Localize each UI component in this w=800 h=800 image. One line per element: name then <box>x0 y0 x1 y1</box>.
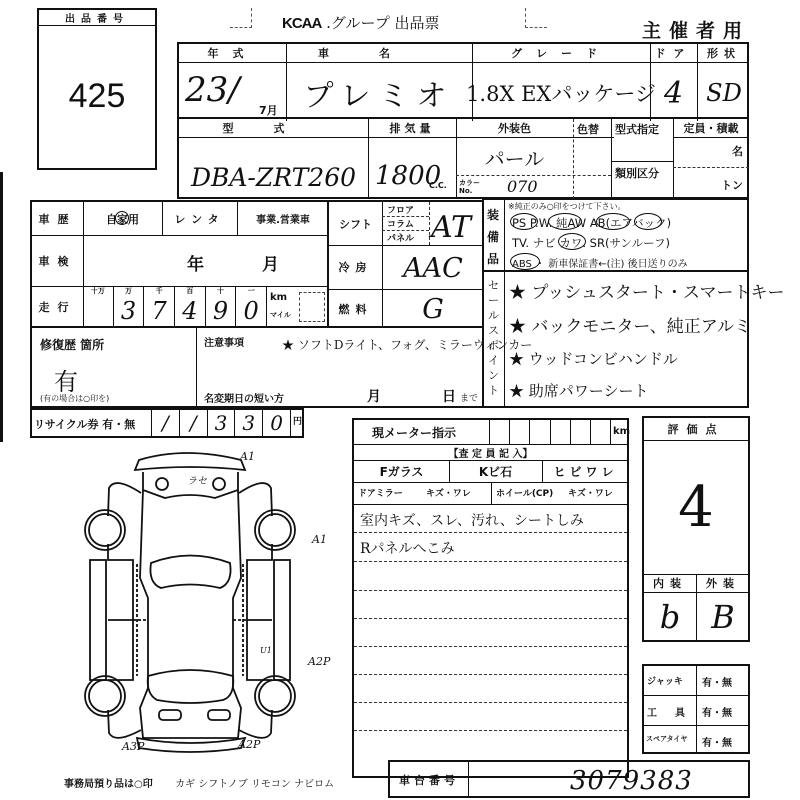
score-label: 評価点 <box>644 418 748 440</box>
chassis-label: 車台番号 <box>390 762 468 798</box>
repair-value: 有 <box>54 362 78 397</box>
equipment-circle-ab <box>634 213 662 230</box>
recycle-table: リサイクル券 有・無 / / 3 3 0 円 <box>30 408 304 438</box>
mark-right-rear-quarter: U1 <box>260 646 272 655</box>
repair-caution-table: 修復歴 箇所 有 (有の場合は○印を) 注意事項 ★ ソフトDライト、フォグ、ミ… <box>30 326 484 408</box>
recycle-digits: / / 3 3 0 <box>151 410 291 436</box>
exterior-value: B <box>696 594 750 640</box>
dashed-corner-right <box>525 8 547 28</box>
recycle-unit: 円 <box>293 414 302 427</box>
history-option-rental[interactable]: レンタ <box>162 202 237 235</box>
equipment-circle-ps <box>510 213 538 230</box>
fuel-value: G <box>382 290 484 328</box>
history-option-business[interactable]: 事業.営業車 <box>237 202 329 235</box>
equipment-circle-navi <box>558 233 586 250</box>
row1-table: 年式 23/ 7月 車名 プレミオ グレード 1.8X EXパッケージ ドア 4… <box>177 42 749 119</box>
color-no-value: 070 <box>507 177 538 196</box>
equipment-label: 装備品 <box>487 204 501 270</box>
repair-note: (有の場合は○印を) <box>40 393 109 404</box>
doors-label: ドア <box>650 44 697 62</box>
row2-table: 型式 DBA-ZRT260 排気量 1800 C.C. 外装色 パール 色替 カ… <box>177 117 749 199</box>
score-table: 評価点 4 内装 外装 b B <box>642 416 750 642</box>
footer-item-shift-knob: シフトノブ <box>198 779 247 790</box>
mileage-label: 走行 <box>32 286 83 328</box>
glass-option-chip[interactable]: Kビ石 <box>449 460 542 482</box>
footer-item-nav-rom: ナビロム <box>294 779 334 790</box>
glass-label: Fガラス <box>354 460 449 482</box>
mark-rear-right: A2P <box>238 738 260 751</box>
shift-label: シフト <box>329 202 382 245</box>
wheel-options[interactable]: キズ・ワレ <box>568 486 613 499</box>
displacement-label: 排気量 <box>368 119 456 137</box>
lot-number-value: 425 <box>39 26 155 166</box>
fuel-label: 燃料 <box>329 289 382 328</box>
color-change-label: 色替 <box>577 121 599 137</box>
mark-rear-left: A3P <box>122 740 144 753</box>
car-damage-diagram <box>75 448 345 758</box>
equipment-circle-pw <box>548 213 582 230</box>
shape-value: SD <box>697 68 751 118</box>
inspector-table: 現メーター指示 km 【査 定 員 記 入】 Fガラス Kビ石 ヒビワレ ドアミ… <box>352 418 629 778</box>
inspector-note-2: Rパネルへこみ <box>360 538 455 558</box>
dashed-corner-left <box>230 8 252 28</box>
footer-item-key: カギ <box>175 779 195 790</box>
recycle-label: リサイクル券 有・無 <box>34 416 135 432</box>
mileage-unit-box[interactable] <box>299 292 325 322</box>
color-label: 外装色 <box>456 119 573 137</box>
name-change-month: 月 <box>367 386 381 406</box>
inspection-year-unit: 年 <box>187 250 204 275</box>
capacity-label: 定員・積載 <box>673 119 749 137</box>
history-selected-circle <box>115 211 129 225</box>
sales-point-4: ★ 助席パワーシート <box>509 380 648 401</box>
meter-label: 現メーター指示 <box>372 424 456 441</box>
form-title: .グループ 出品票 <box>326 14 439 32</box>
interior-label: 内装 <box>644 574 696 592</box>
accessories-table: ジャッキ 有・無 工具 有・無 スペアタイヤ 有・無 <box>642 664 750 754</box>
sales-point-1: ★ プッシュスタート・スマートキー <box>509 278 785 303</box>
sales-point-2: ★ バックモニター、純正アルミ <box>509 312 751 337</box>
mileage-unit-km: km <box>270 292 287 303</box>
caution-value: ★ ソフトDライト、フォグ、ミラーウィンカー <box>282 336 532 353</box>
car-name-value: プレミオ <box>286 68 472 118</box>
mirror-label: ドアミラー <box>358 486 403 499</box>
caution-label: 注意事項 <box>204 334 244 349</box>
inspector-note-1: 室内キズ、スレ、汚れ、シートしみ <box>360 510 584 530</box>
color-value: パール <box>456 141 573 173</box>
shift-option-floor[interactable]: フロア <box>387 203 414 216</box>
displacement-unit: C.C. <box>429 181 447 190</box>
name-change-label: 名変期日の短い方 <box>204 390 284 405</box>
office-note: 事務局預り品は○印 <box>64 779 153 790</box>
sales-point-3: ★ ウッドコンビハンドル <box>509 348 678 369</box>
interior-value: b <box>644 594 696 640</box>
equipment-note: ※純正のみ○印をつけて下さい。 <box>508 201 626 212</box>
year-value: 23/ <box>185 70 240 110</box>
equipment-table: 装備品 ※純正のみ○印をつけて下さい。 PS P.W. 純AW AB(エアバック… <box>482 198 749 272</box>
mileage-digits: 十万 万3 千7 百4 十9 一0 <box>83 286 267 328</box>
mirror-options[interactable]: キズ・ワレ <box>426 486 471 499</box>
month-value: 7月 <box>259 102 278 118</box>
meter-unit: km <box>613 426 630 437</box>
equipment-line-2[interactable]: TV. ナビ カワ. SR(サンルーフ) <box>512 235 670 251</box>
tools-label: 工具 <box>647 704 703 719</box>
history-label: 車歴 <box>32 202 83 235</box>
jack-label: ジャッキ <box>647 674 683 687</box>
header-title: KCAA .グループ 出品票 <box>282 12 439 33</box>
shift-ac-fuel-table: シフト フロア コラム パネル AT 冷房 AAC 燃料 G <box>327 200 484 328</box>
name-change-until: まで <box>460 391 478 404</box>
chassis-value: 3079383 <box>570 766 693 796</box>
name-change-day: 日 <box>442 386 456 406</box>
tools-value[interactable]: 有・無 <box>702 704 732 719</box>
mark-right-fender: A1 <box>312 533 327 546</box>
shape-label: 形状 <box>697 44 751 62</box>
footer-note: 事務局預り品は○印 カギ シフトノブ リモコン ナビロム <box>64 775 334 790</box>
copy-label: 主催者用 <box>642 16 750 43</box>
glass-option-crack[interactable]: ヒビワレ <box>542 460 629 482</box>
ac-label: 冷房 <box>329 245 382 289</box>
grade-value: 1.8X EXパッケージ <box>472 68 650 118</box>
score-value: 4 <box>644 442 748 572</box>
capacity-tons-unit: トン <box>721 177 743 193</box>
equipment-circle-aw <box>596 213 630 230</box>
type-designation-label: 型式指定 <box>615 121 659 137</box>
mark-front-bumper: A1 <box>240 450 255 463</box>
ac-value: AAC <box>382 248 484 288</box>
left-margin-bar <box>0 172 3 442</box>
mileage-unit-mile: マイル <box>270 310 291 320</box>
lot-number-label: 出品番号 <box>39 10 155 26</box>
model-value: DBA-ZRT260 <box>179 155 368 199</box>
shift-value: AT <box>431 210 471 245</box>
wheel-label: ホイール(CP) <box>496 486 553 499</box>
vehicle-info-table: 車歴 自家用 レンタ 事業.営業車 車検 年 月 走行 十万 万3 千7 百4 … <box>30 200 329 328</box>
jack-value[interactable]: 有・無 <box>702 674 732 689</box>
chassis-table: 車台番号 3079383 <box>388 760 750 798</box>
brand-logo: KCAA <box>282 15 321 32</box>
year-label: 年式 <box>179 44 286 62</box>
repair-label: 修復歴 箇所 <box>40 336 104 353</box>
grade-label: グレード <box>472 44 650 62</box>
inspection-month-unit: 月 <box>262 250 279 275</box>
color-no-label: カラーNo. <box>459 179 481 195</box>
category-label: 類別区分 <box>615 165 659 181</box>
shift-option-column[interactable]: コラム <box>387 217 414 230</box>
model-label: 型式 <box>179 119 368 137</box>
inspector-section-label: 【査 定 員 記 入】 <box>354 444 627 460</box>
car-name-label: 車名 <box>286 44 472 62</box>
inspection-label: 車検 <box>32 235 83 286</box>
equipment-circle-abs <box>510 253 540 270</box>
shift-option-panel[interactable]: パネル <box>387 231 414 244</box>
capacity-persons-unit: 名 <box>732 143 743 159</box>
mark-right-rear: A2P <box>308 655 330 668</box>
spare-tire-value[interactable]: 有・無 <box>702 734 732 749</box>
doors-value: 4 <box>650 68 697 118</box>
exterior-label: 外装 <box>696 574 750 592</box>
mark-front-grille: ラセ <box>187 472 207 487</box>
footer-item-remote: リモコン <box>251 779 291 790</box>
lot-number-box: 出品番号 425 <box>37 8 157 170</box>
spare-tire-label: スペアタイヤ <box>646 734 687 744</box>
